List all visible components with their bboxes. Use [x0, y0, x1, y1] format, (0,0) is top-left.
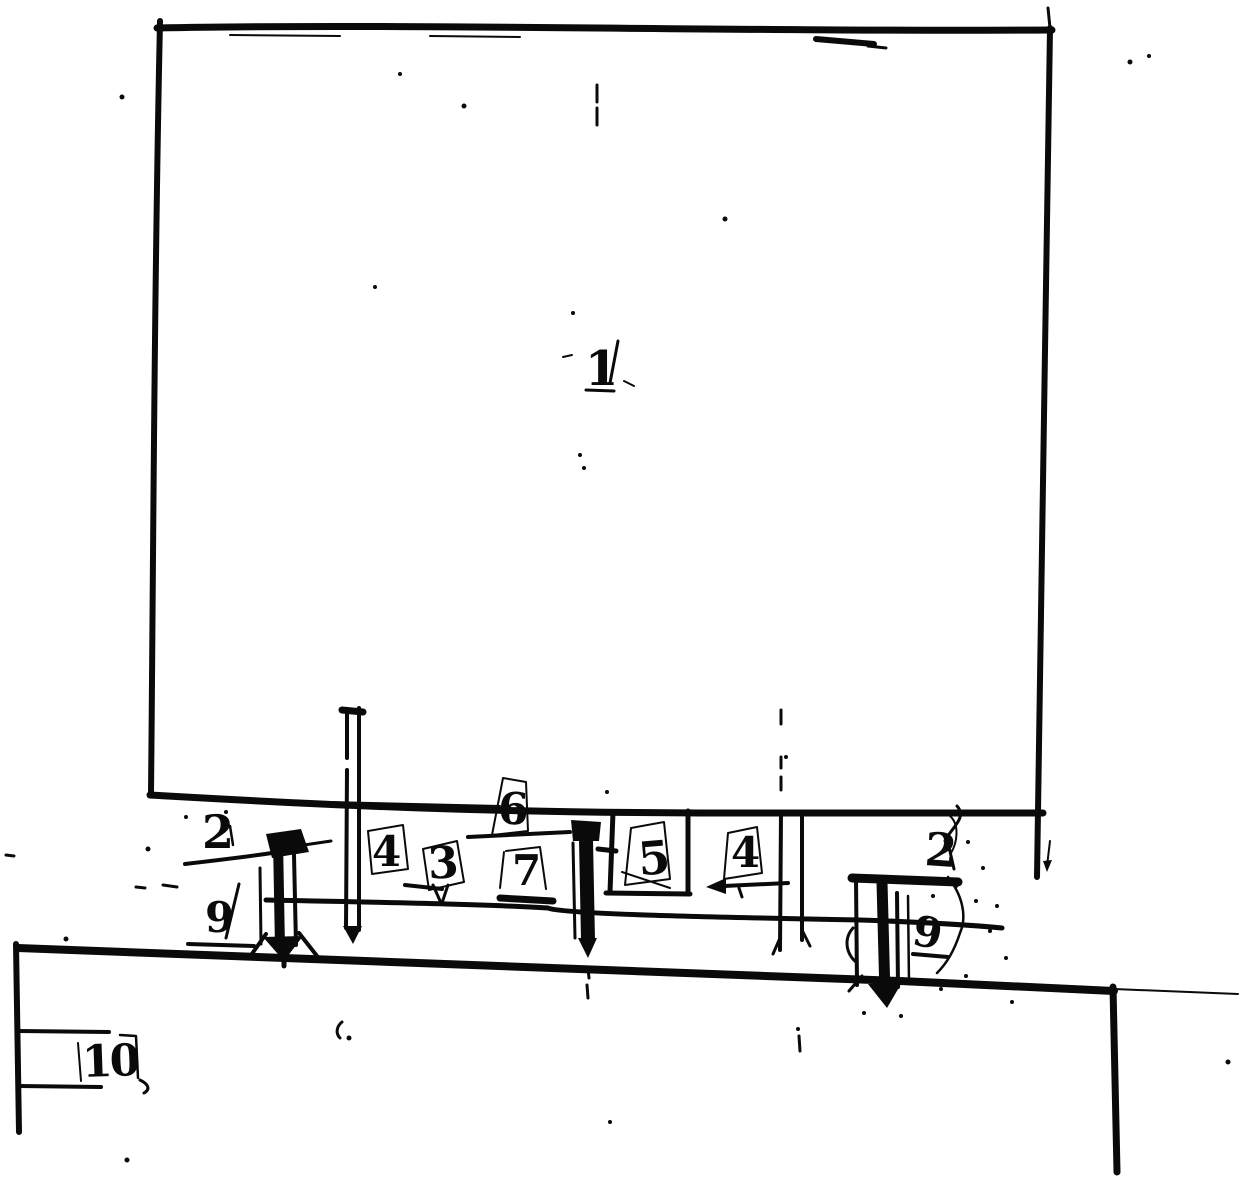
- pin-left: [342, 708, 363, 944]
- base-ground: [16, 944, 1238, 1172]
- ref-numeral-6: 6: [497, 787, 529, 832]
- panel-right-edge-tick: [1043, 841, 1052, 872]
- support-rail: [266, 898, 1002, 928]
- ref-numeral-4-right: 4: [731, 832, 760, 874]
- ref-numeral-9-left: 9: [205, 897, 234, 939]
- ref-numeral-2-right: 2: [923, 826, 958, 874]
- ref-numeral-7: 7: [512, 850, 541, 892]
- ref-numeral-4-left: 4: [372, 831, 401, 873]
- ref-numeral-5: 5: [636, 834, 672, 883]
- ref-numeral-3: 3: [427, 841, 460, 887]
- ref-numeral-2-left: 2: [202, 809, 234, 855]
- drawing-linework: [0, 0, 1240, 1191]
- label-4-right-leader: [706, 878, 788, 897]
- drawing-canvas: 1 2 9 4 3 6 7 5 4 2 9 10: [0, 0, 1240, 1191]
- ref-numeral-10: 10: [81, 1039, 138, 1085]
- ref-numeral-1: 1: [585, 345, 618, 393]
- panel-outline: [150, 8, 1052, 877]
